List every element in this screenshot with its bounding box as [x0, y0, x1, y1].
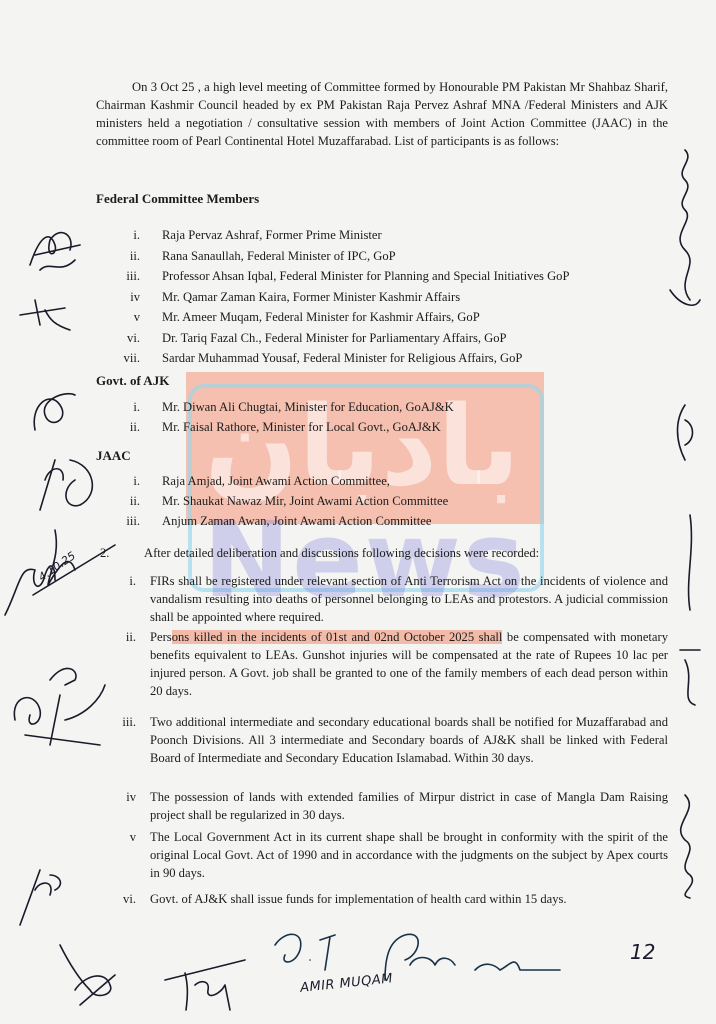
signature-right-3	[670, 510, 710, 710]
ajk-item: i.Mr. Diwan Ali Chugtai, Minister for Ed…	[96, 398, 668, 416]
decision-item: ivThe possession of lands with extended …	[96, 788, 668, 824]
decision-text: FIRs shall be registered under relevant …	[150, 572, 668, 626]
jaac-item-number: ii.	[96, 492, 162, 510]
highlighted-text: ons killed in the incidents of 01st and …	[172, 630, 503, 644]
decision-number: iii.	[96, 713, 150, 767]
ajk-item-text: Mr. Faisal Rathore, Minister for Local G…	[162, 418, 668, 436]
ajk-item-text: Mr. Diwan Ali Chugtai, Minister for Educ…	[162, 398, 668, 416]
jaac-item-number: i.	[96, 472, 162, 490]
decision-text: Govt. of AJ&K shall issue funds for impl…	[150, 890, 668, 908]
intro-paragraph: On 3 Oct 25 , a high level meeting of Co…	[96, 78, 668, 150]
decision-item: ii.Persons killed in the incidents of 01…	[96, 628, 668, 700]
federal-item-number: iv	[96, 288, 162, 306]
decision-item: vi.Govt. of AJ&K shall issue funds for i…	[96, 890, 668, 908]
federal-item-number: i.	[96, 226, 162, 244]
decision-item: iii.Two additional intermediate and seco…	[96, 713, 668, 767]
jaac-item-text: Anjum Zaman Awan, Joint Awami Action Com…	[162, 512, 668, 530]
signature-7	[10, 860, 70, 930]
signature-1	[20, 225, 90, 280]
ajk-item: ii.Mr. Faisal Rathore, Minister for Loca…	[96, 418, 668, 436]
federal-item-number: v	[96, 308, 162, 326]
signature-4	[25, 450, 95, 515]
federal-item-number: vii.	[96, 349, 162, 367]
federal-heading: Federal Committee Members	[96, 190, 259, 208]
federal-item-number: ii.	[96, 247, 162, 265]
decision-number: v	[96, 828, 150, 882]
ajk-item-number: i.	[96, 398, 162, 416]
federal-item-text: Raja Pervaz Ashraf, Former Prime Ministe…	[162, 226, 668, 244]
decision-text: The Local Government Act in its current …	[150, 828, 668, 882]
decision-text-start: Pers	[150, 630, 172, 644]
signature-3	[25, 385, 80, 435]
federal-item: vii.Sardar Muhammad Yousaf, Federal Mini…	[96, 349, 668, 367]
federal-item: vi.Dr. Tariq Fazal Ch., Federal Minister…	[96, 329, 668, 347]
jaac-item-text: Raja Amjad, Joint Awami Action Committee…	[162, 472, 668, 490]
signature-8	[55, 935, 135, 1010]
federal-item-text: Professor Ahsan Iqbal, Federal Minister …	[162, 267, 668, 285]
decision-number: iv	[96, 788, 150, 824]
jaac-heading: JAAC	[96, 447, 131, 465]
ajk-item-number: ii.	[96, 418, 162, 436]
federal-item: ivMr. Qamar Zaman Kaira, Former Minister…	[96, 288, 668, 306]
jaac-item-number: iii.	[96, 512, 162, 530]
federal-item-text: Sardar Muhammad Yousaf, Federal Minister…	[162, 349, 668, 367]
decision-item: i.FIRs shall be registered under relevan…	[96, 572, 668, 626]
federal-item-number: vi.	[96, 329, 162, 347]
jaac-item-text: Mr. Shaukat Nawaz Mir, Joint Awami Actio…	[162, 492, 668, 510]
federal-item-number: iii.	[96, 267, 162, 285]
decision-number: i.	[96, 572, 150, 626]
federal-item: iii.Professor Ahsan Iqbal, Federal Minis…	[96, 267, 668, 285]
signature-9	[160, 955, 250, 1015]
jaac-item: iii.Anjum Zaman Awan, Joint Awami Action…	[96, 512, 668, 530]
federal-item: vMr. Ameer Muqam, Federal Minister for K…	[96, 308, 668, 326]
document-page: بادبان News On 3 Oct 25 , a high level m…	[0, 0, 716, 1024]
page-mark: 12	[630, 940, 655, 964]
section-2-number: 2.	[100, 544, 120, 562]
decision-text: Persons killed in the incidents of 01st …	[150, 628, 668, 700]
decision-number: ii.	[96, 628, 150, 700]
decision-text: The possession of lands with extended fa…	[150, 788, 668, 824]
federal-item-text: Mr. Qamar Zaman Kaira, Former Minister K…	[162, 288, 668, 306]
federal-item: ii.Rana Sanaullah, Federal Minister of I…	[96, 247, 668, 265]
ajk-heading: Govt. of AJK	[96, 372, 169, 390]
federal-item-text: Mr. Ameer Muqam, Federal Minister for Ka…	[162, 308, 668, 326]
signature-right-2	[665, 400, 705, 470]
signature-2	[15, 290, 75, 335]
section-2-text: After detailed deliberation and discussi…	[144, 544, 539, 562]
federal-item-text: Rana Sanaullah, Federal Minister of IPC,…	[162, 247, 668, 265]
jaac-item: i.Raja Amjad, Joint Awami Action Committ…	[96, 472, 668, 490]
decision-text: Two additional intermediate and secondar…	[150, 713, 668, 767]
handwritten-name: AMIR MUQAM	[299, 971, 393, 996]
date-annotation: 4.10.25	[36, 549, 78, 584]
federal-item-text: Dr. Tariq Fazal Ch., Federal Minister fo…	[162, 329, 668, 347]
section-2: 2. After detailed deliberation and discu…	[96, 544, 668, 562]
federal-item: i.Raja Pervaz Ashraf, Former Prime Minis…	[96, 226, 668, 244]
decision-number: vi.	[96, 890, 150, 908]
decision-item: vThe Local Government Act in its current…	[96, 828, 668, 882]
jaac-item: ii.Mr. Shaukat Nawaz Mir, Joint Awami Ac…	[96, 492, 668, 510]
